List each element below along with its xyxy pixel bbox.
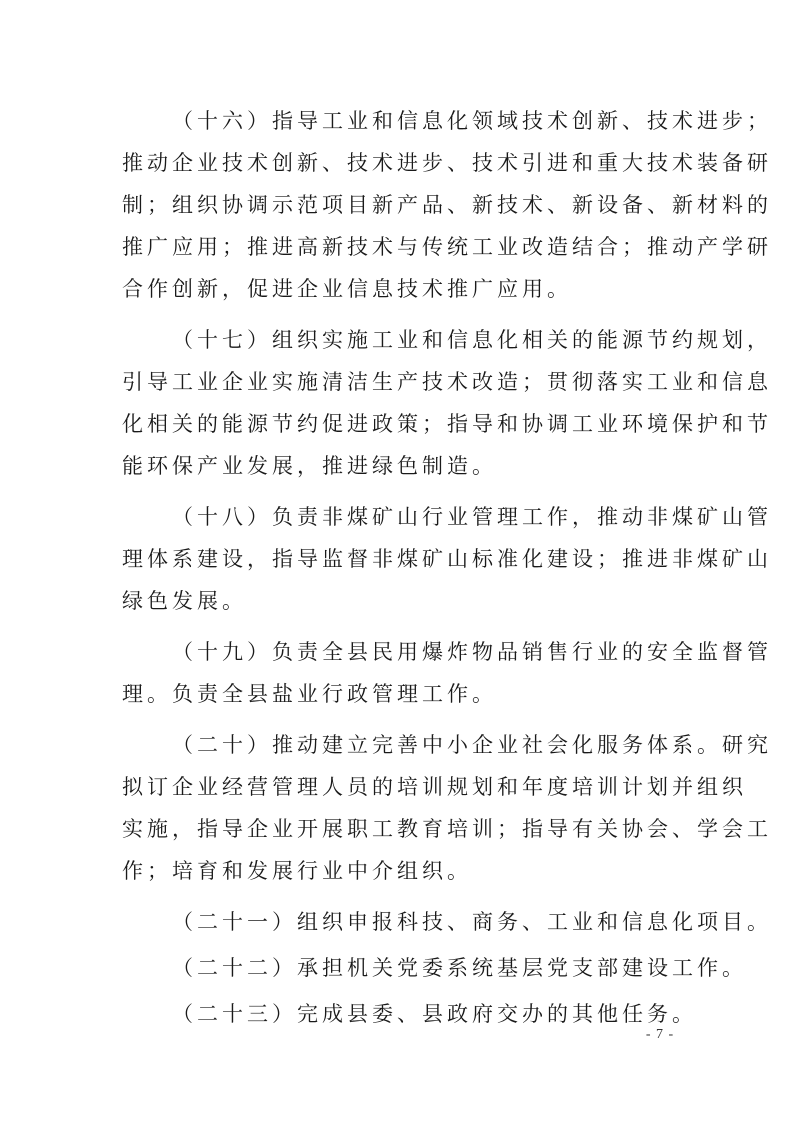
text-line: 推广应用；推进高新技术与传统工业改造结合；推动产学研	[122, 226, 682, 268]
paragraph-19: （十九）负责全县民用爆炸物品销售行业的安全监督管 理。负责全县盐业行政管理工作。	[122, 631, 682, 715]
text-line: 作；培育和发展行业中介组织。	[122, 850, 682, 892]
paragraph-20: （二十）推动建立完善中小企业社会化服务体系。研究 拟订企业经营管理人员的培训规划…	[122, 724, 682, 892]
text-line: 拟订企业经营管理人员的培训规划和年度培训计划并组织	[122, 766, 682, 808]
text-line: （十六）指导工业和信息化领域技术创新、技术进步；	[122, 100, 682, 142]
text-line: （二十一）组织申报科技、商务、工业和信息化项目。	[122, 901, 682, 943]
text-line: 实施，指导企业开展职工教育培训；指导有关协会、学会工	[122, 808, 682, 850]
paragraph-18: （十八）负责非煤矿山行业管理工作，推动非煤矿山管 理体系建设，指导监督非煤矿山标…	[122, 496, 682, 622]
paragraph-17: （十七）组织实施工业和信息化相关的能源节约规划， 引导工业企业实施清洁生产技术改…	[122, 319, 682, 487]
paragraph-22: （二十二）承担机关党委系统基层党支部建设工作。	[122, 947, 682, 989]
text-line: 合作创新，促进企业信息技术推广应用。	[122, 268, 682, 310]
document-body: （十六）指导工业和信息化领域技术创新、技术进步； 推动企业技术创新、技术进步、技…	[122, 100, 682, 1039]
text-line: （二十）推动建立完善中小企业社会化服务体系。研究	[122, 724, 682, 766]
text-line: （十九）负责全县民用爆炸物品销售行业的安全监督管	[122, 631, 682, 673]
text-line: （二十二）承担机关党委系统基层党支部建设工作。	[122, 947, 682, 989]
text-line: 推动企业技术创新、技术进步、技术引进和重大技术装备研	[122, 142, 682, 184]
text-line: 引导工业企业实施清洁生产技术改造；贯彻落实工业和信息	[122, 361, 682, 403]
page-number: - 7 -	[640, 1027, 680, 1043]
text-line: 理。负责全县盐业行政管理工作。	[122, 673, 682, 715]
text-line: 化相关的能源节约促进政策；指导和协调工业环境保护和节	[122, 403, 682, 445]
paragraph-23: （二十三）完成县委、县政府交办的其他任务。	[122, 993, 682, 1035]
text-line: 理体系建设，指导监督非煤矿山标准化建设；推进非煤矿山	[122, 538, 682, 580]
document-page: （十六）指导工业和信息化领域技术创新、技术进步； 推动企业技术创新、技术进步、技…	[0, 0, 793, 1122]
text-line: 绿色发展。	[122, 580, 682, 622]
paragraph-16: （十六）指导工业和信息化领域技术创新、技术进步； 推动企业技术创新、技术进步、技…	[122, 100, 682, 310]
text-line: （十八）负责非煤矿山行业管理工作，推动非煤矿山管	[122, 496, 682, 538]
text-line: 制；组织协调示范项目新产品、新技术、新设备、新材料的	[122, 184, 682, 226]
text-line: （二十三）完成县委、县政府交办的其他任务。	[122, 993, 682, 1035]
paragraph-21: （二十一）组织申报科技、商务、工业和信息化项目。	[122, 901, 682, 943]
text-line: （十七）组织实施工业和信息化相关的能源节约规划，	[122, 319, 682, 361]
text-line: 能环保产业发展，推进绿色制造。	[122, 445, 682, 487]
